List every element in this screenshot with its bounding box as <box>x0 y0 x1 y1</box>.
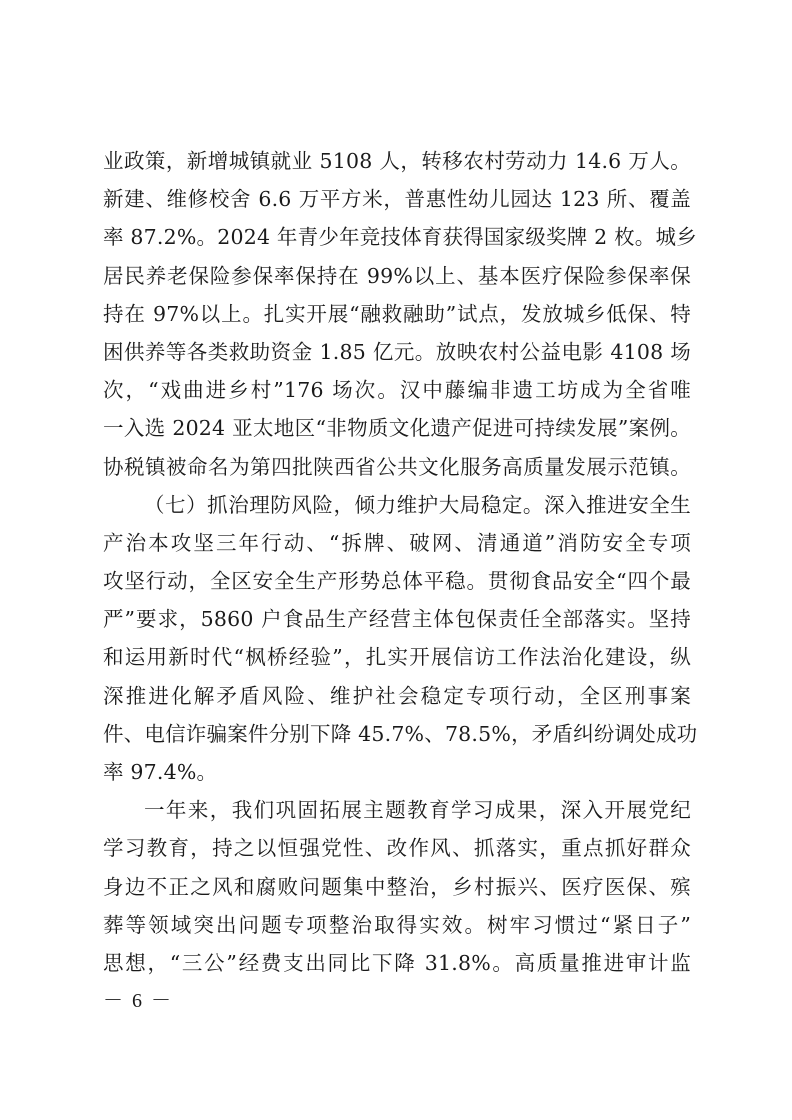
text-line: 葬等领域突出问题专项整治取得实效。树牢习惯过“紧日子” <box>103 906 691 944</box>
text-line: 困供养等各类救助资金 1.85 亿元。放映农村公益电影 4108 场 <box>103 333 691 371</box>
text-line: 居民养老保险参保率保持在 99%以上、基本医疗保险参保率保 <box>103 257 691 295</box>
text-line: 次，“戏曲进乡村”176 场次。汉中藤编非遗工坊成为全省唯 <box>103 371 691 409</box>
text-line: 严”要求，5860 户食品生产经营主体包保责任全部落实。坚持 <box>103 600 691 638</box>
paragraph-party-conduct: 一年来，我们巩固拓展主题教育学习成果，深入开展党纪 学习教育，持之以恒强党性、改… <box>103 791 691 982</box>
text-line: 产治本攻坚三年行动、“拆牌、破网、清通道”消防安全专项 <box>103 524 691 562</box>
text-line: 身边不正之风和腐败问题集中整治，乡村振兴、医疗医保、殡 <box>103 868 691 906</box>
text-line: 一入选 2024 亚太地区“非物质文化遗产促进可持续发展”案例。 <box>103 409 691 447</box>
text-line: 学习教育，持之以恒强党性、改作风、抓落实，重点抓好群众 <box>103 829 691 867</box>
text-line: 协税镇被命名为第四批陕西省公共文化服务高质量发展示范镇。 <box>103 448 691 486</box>
text-line: 率 97.4%。 <box>103 753 691 791</box>
paragraph-risk-prevention: （七）抓治理防风险，倾力维护大局稳定。深入推进安全生 产治本攻坚三年行动、“拆牌… <box>103 486 691 792</box>
text-line: 件、电信诈骗案件分别下降 45.7%、78.5%，矛盾纠纷调处成功 <box>103 715 691 753</box>
text-line: 新建、维修校舍 6.6 万平方米，普惠性幼儿园达 123 所、覆盖 <box>103 180 691 218</box>
text-line: 业政策，新增城镇就业 5108 人，转移农村劳动力 14.6 万人。 <box>103 142 691 180</box>
body-text: 业政策，新增城镇就业 5108 人，转移农村劳动力 14.6 万人。 新建、维修… <box>103 142 691 982</box>
text-line: 率 87.2%。2024 年青少年竞技体育获得国家级奖牌 2 枚。城乡 <box>103 218 691 256</box>
paragraph-livelihood-continued: 业政策，新增城镇就业 5108 人，转移农村劳动力 14.6 万人。 新建、维修… <box>103 142 691 486</box>
text-line: 深推进化解矛盾风险、维护社会稳定专项行动，全区刑事案 <box>103 677 691 715</box>
document-page: 业政策，新增城镇就业 5108 人，转移农村劳动力 14.6 万人。 新建、维修… <box>0 0 792 1120</box>
text-line: 持在 97%以上。扎实开展“融救融助”试点，发放城乡低保、特 <box>103 295 691 333</box>
text-line: 思想，“三公”经费支出同比下降 31.8%。高质量推进审计监 <box>103 944 691 982</box>
text-line: 和运用新时代“枫桥经验”，扎实开展信访工作法治化建设，纵 <box>103 638 691 676</box>
text-line: 一年来，我们巩固拓展主题教育学习成果，深入开展党纪 <box>103 791 691 829</box>
text-line: 攻坚行动，全区安全生产形势总体平稳。贯彻食品安全“四个最 <box>103 562 691 600</box>
page-number: － 6 － <box>103 984 173 1013</box>
section-heading-line: （七）抓治理防风险，倾力维护大局稳定。深入推进安全生 <box>103 486 691 524</box>
